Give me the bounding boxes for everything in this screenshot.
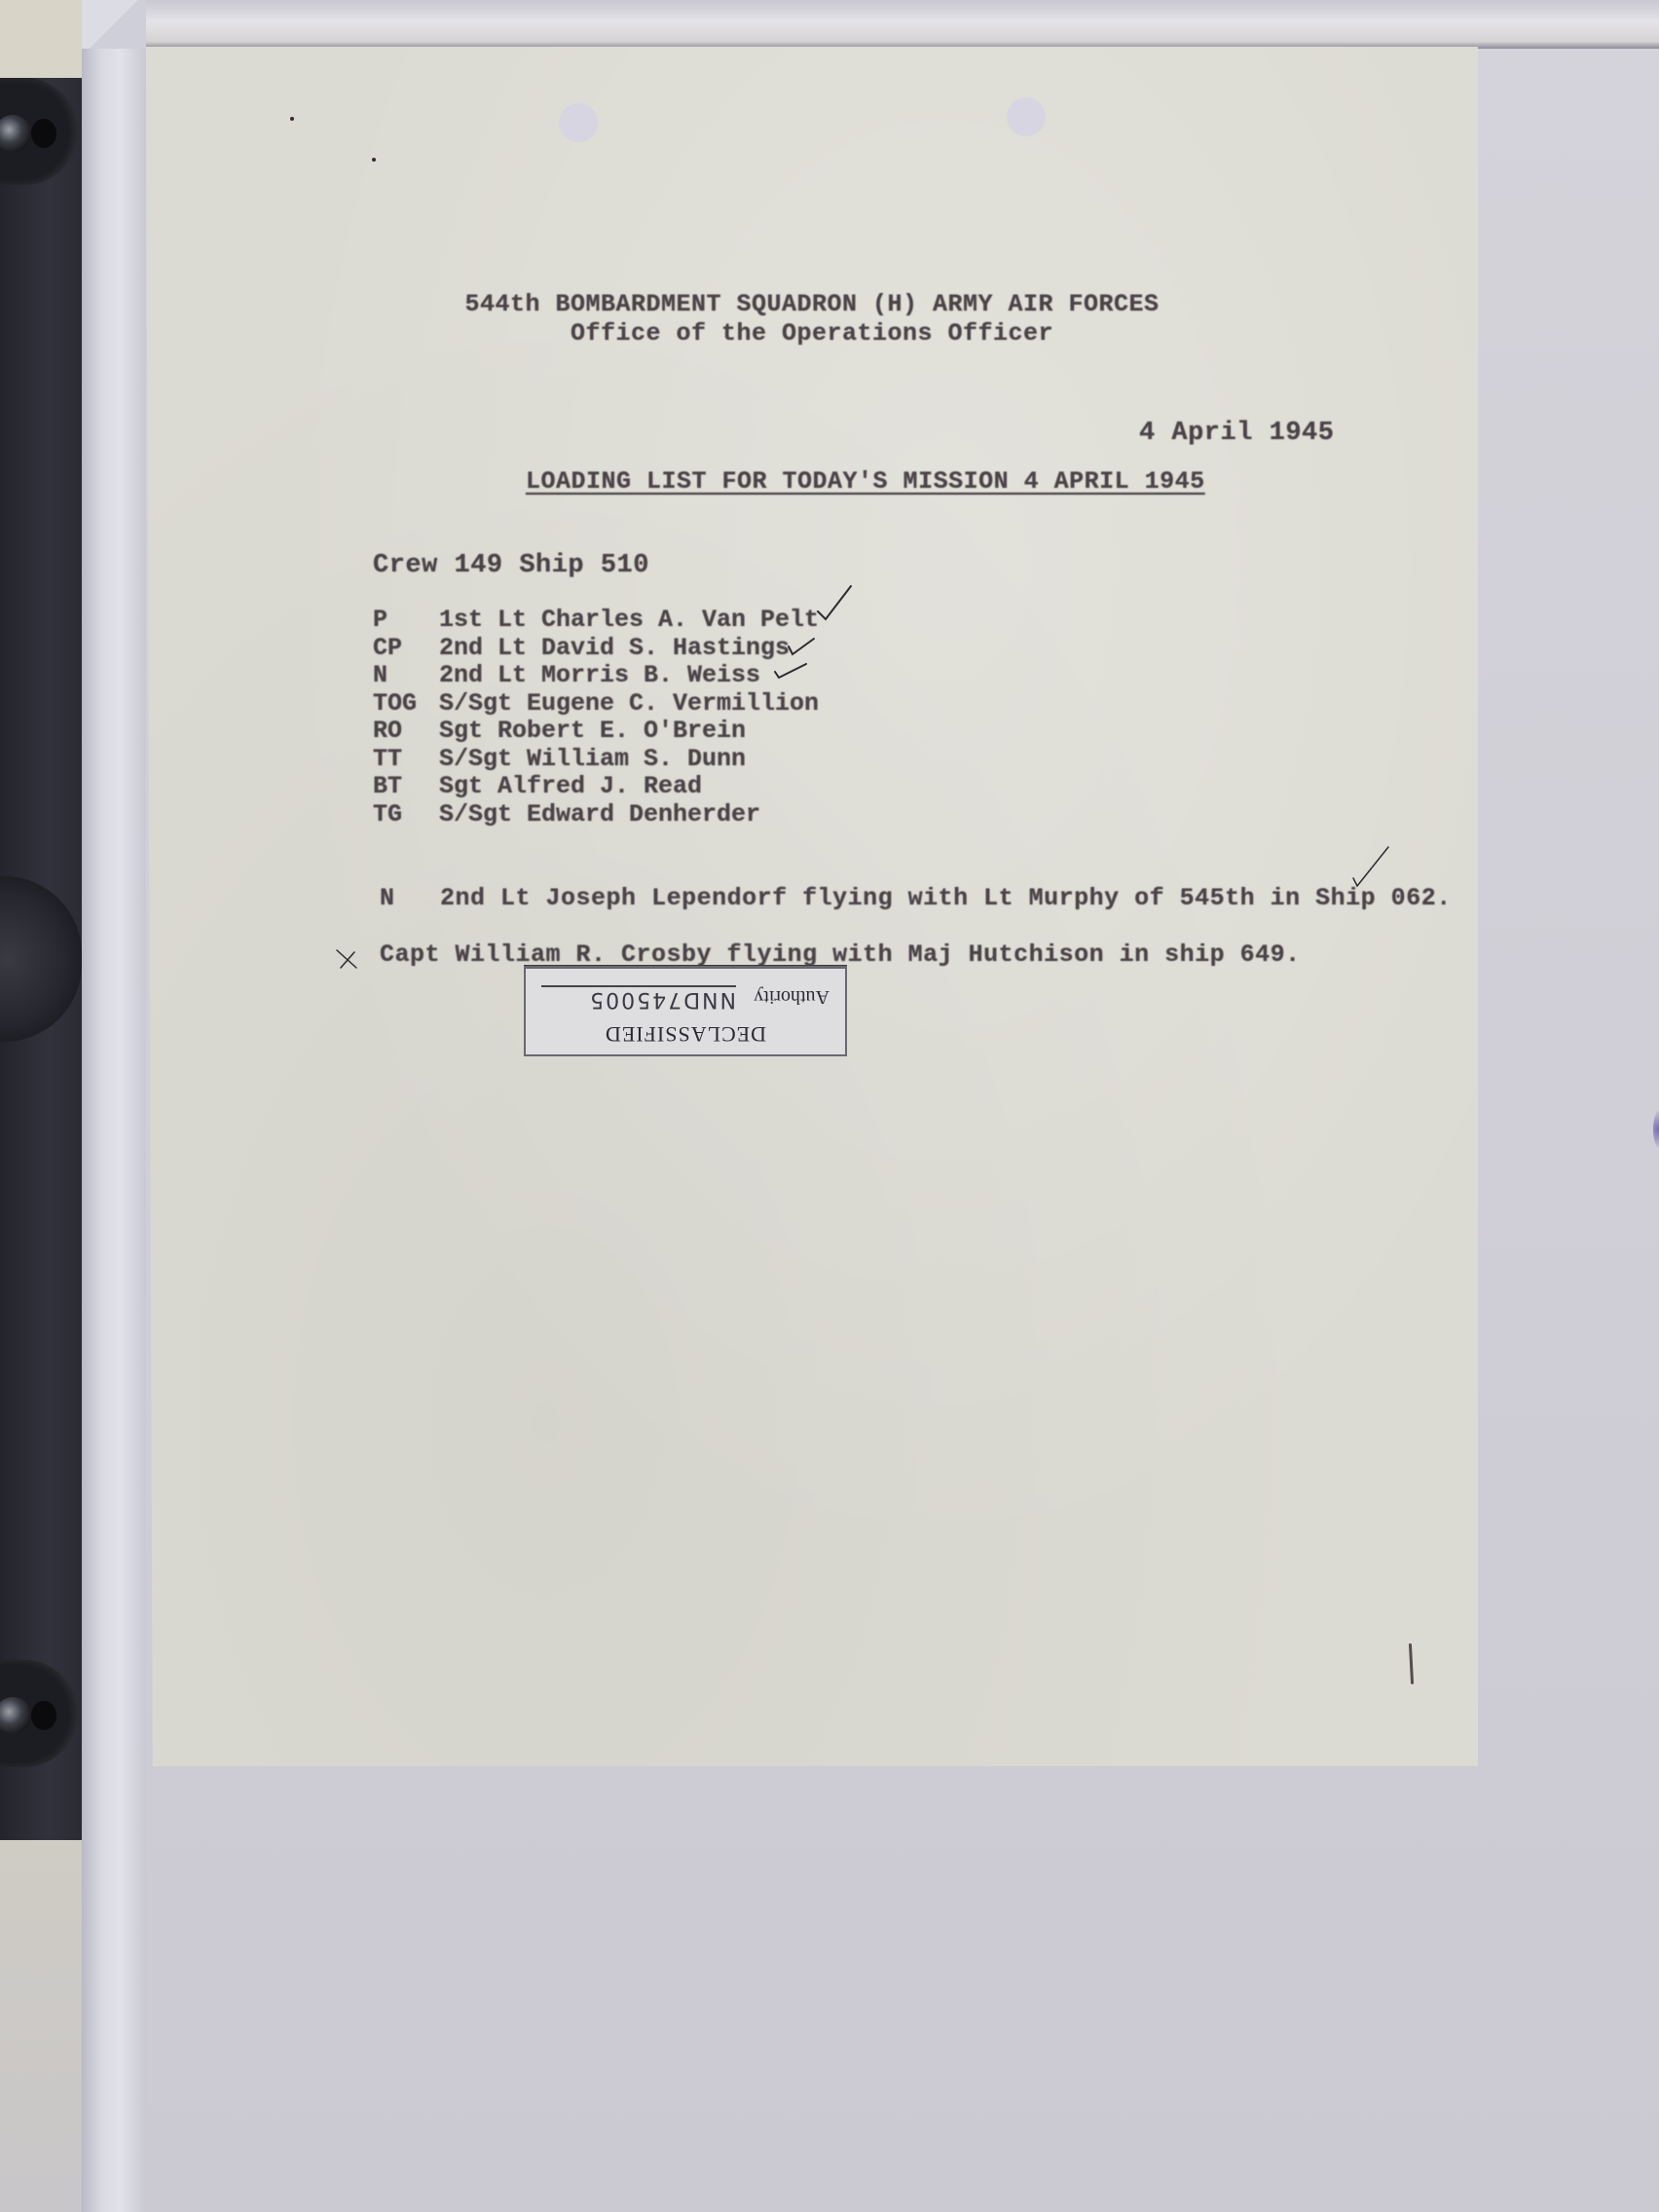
- punch-hole: [559, 103, 598, 142]
- document-date: 4 April 1945: [1139, 419, 1334, 448]
- stamp-label: DECLASSIFIED: [526, 1021, 845, 1047]
- crew-name: 2nd Lt David S. Hastings: [439, 634, 790, 662]
- crew-position: N: [373, 661, 431, 689]
- crew-name: 1st Lt Charles A. Van Pelt: [439, 606, 819, 634]
- stamp-authority-number: NND745005: [541, 985, 736, 1012]
- frame-top-bar: [82, 0, 1659, 49]
- crew-position: TT: [373, 745, 431, 773]
- punch-hole: [1007, 97, 1046, 136]
- frame-left-bar: [82, 0, 146, 2212]
- note-text: 2nd Lt Joseph Lependorf flying with Lt M…: [440, 884, 1452, 912]
- crew-position: CP: [373, 634, 431, 662]
- crew-name: 2nd Lt Morris B. Weiss: [439, 661, 760, 689]
- crew-position: TOG: [373, 689, 431, 718]
- crew-ship-line: Crew 149 Ship 510: [373, 551, 649, 580]
- crew-position: TG: [373, 800, 431, 829]
- x-mark-icon: [335, 948, 360, 975]
- screw-icon: [0, 115, 31, 152]
- crew-name: S/Sgt William S. Dunn: [439, 745, 746, 773]
- mount-top-area: [0, 0, 82, 78]
- clip-hole: [31, 119, 56, 148]
- document-page: 544th BOMBARDMENT SQUADRON (H) ARMY AIR …: [146, 47, 1478, 1766]
- note-line: N 2nd Lt Joseph Lependorf flying with Lt…: [380, 884, 1452, 912]
- clip-hole: [31, 1701, 56, 1730]
- office-header: Office of the Operations Officer: [146, 319, 1478, 348]
- paper-speck: [372, 158, 376, 162]
- crew-name: S/Sgt Eugene C. Vermillion: [439, 689, 819, 718]
- crew-name: Sgt Robert E. O'Brein: [439, 717, 746, 745]
- crew-name: Sgt Alfred J. Read: [439, 772, 702, 800]
- crew-position: P: [373, 606, 431, 634]
- squadron-header: 544th BOMBARDMENT SQUADRON (H) ARMY AIR …: [146, 290, 1478, 318]
- declassified-stamp: DECLASSIFIED Authority NND745005: [524, 966, 847, 1056]
- paper-speck: [290, 117, 294, 121]
- note-prefix: N: [380, 884, 395, 912]
- crew-name: S/Sgt Edward Denherder: [439, 800, 760, 829]
- checkmark-icon: [816, 584, 855, 628]
- crew-position: RO: [373, 717, 431, 745]
- screw-icon: [0, 1697, 31, 1734]
- note-text: Capt William R. Crosby flying with Maj H…: [380, 940, 1301, 969]
- frame-corner: [82, 0, 146, 49]
- pencil-mark: [1409, 1643, 1414, 1684]
- stamp-authority-label: Authority: [754, 985, 829, 1008]
- note-line: Capt William R. Crosby flying with Maj H…: [380, 940, 1301, 969]
- checkmark-icon: [1351, 845, 1390, 893]
- document-title: LOADING LIST FOR TODAY'S MISSION 4 APRIL…: [526, 467, 1205, 496]
- mount-bottom-area: [0, 1840, 86, 2212]
- checkmark-icon: [773, 658, 808, 686]
- crew-position: BT: [373, 772, 431, 800]
